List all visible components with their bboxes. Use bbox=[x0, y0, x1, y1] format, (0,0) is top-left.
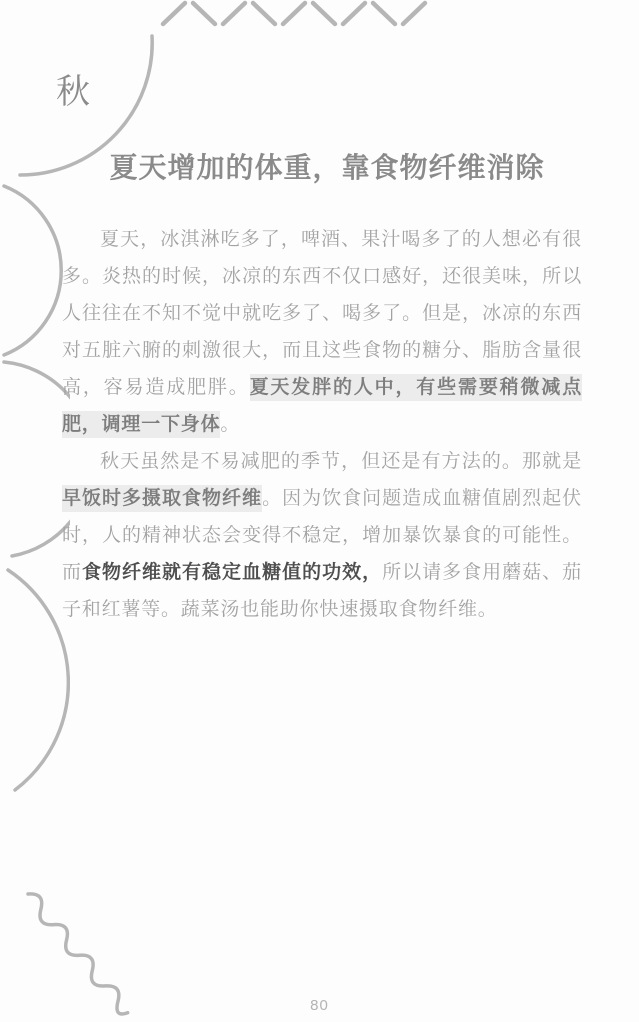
scallop-border-icon bbox=[0, 180, 70, 800]
book-page: 秋 夏天增加的体重，靠食物纤维消除 夏天，冰淇淋吃多了，啤酒、果汁喝多了的人想必… bbox=[0, 0, 639, 1022]
text-segment-bold: 食物纤维就有稳定血糖值的功效， bbox=[82, 562, 382, 583]
section-label: 秋 bbox=[56, 64, 90, 113]
text-segment-highlight: 早饭时多摄取食物纤维 bbox=[62, 485, 262, 512]
text-segment-normal: 夏天，冰淇淋吃多了，啤酒、果汁喝多了的人想必有很多。炎热的时候，冰凉的东西不仅口… bbox=[62, 229, 582, 398]
text-segment-normal: 。 bbox=[220, 414, 240, 435]
slash-pattern-icon bbox=[155, 0, 430, 30]
page-title: 夏天增加的体重，靠食物纤维消除 bbox=[62, 146, 578, 186]
paragraph: 秋天虽然是不易减肥的季节，但还是有方法的。那就是早饭时多摄取食物纤维。因为饮食问… bbox=[62, 443, 582, 628]
paragraph: 夏天，冰淇淋吃多了，啤酒、果汁喝多了的人想必有很多。炎热的时候，冰凉的东西不仅口… bbox=[62, 221, 582, 443]
page-number: 80 bbox=[0, 997, 639, 1014]
text-segment-normal: 秋天虽然是不易减肥的季节，但还是有方法的。那就是 bbox=[100, 451, 582, 472]
body-text: 夏天，冰淇淋吃多了，啤酒、果汁喝多了的人想必有很多。炎热的时候，冰凉的东西不仅口… bbox=[62, 221, 582, 628]
